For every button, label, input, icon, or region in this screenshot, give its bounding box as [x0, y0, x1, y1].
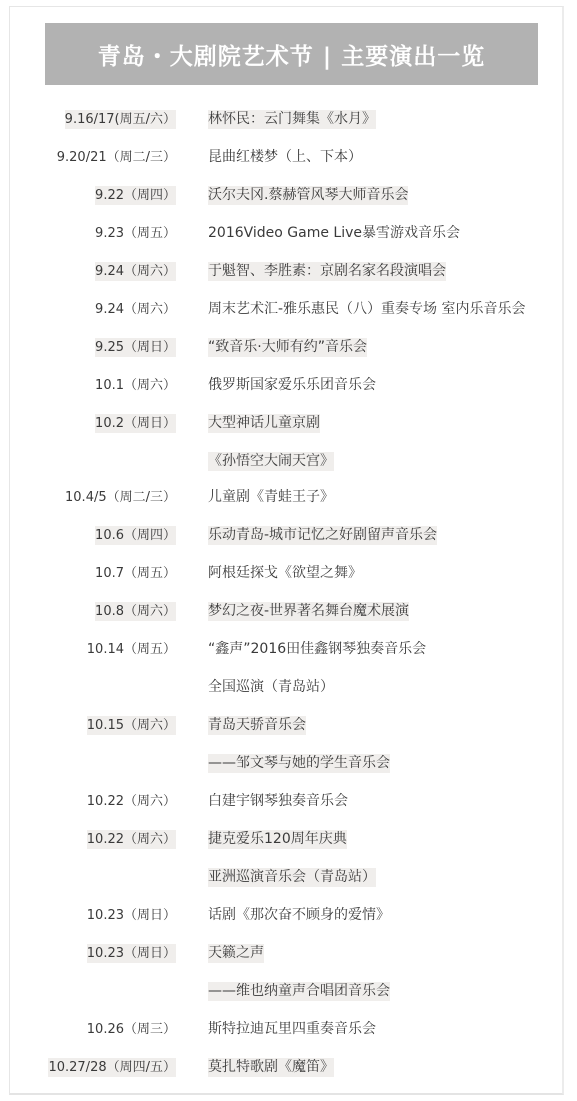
schedule-row: 9.24（周六） 于魁智、李胜素：京剧名家名段演唱会 [0, 259, 577, 285]
schedule-title: 乐动青岛-城市记忆之好剧留声音乐会 [208, 526, 437, 545]
schedule-title: “鑫声”2016田佳鑫钢琴独奏音乐会 [208, 640, 426, 659]
header-banner: 青岛・大剧院艺术节 | 主要演出一览 [45, 23, 538, 85]
schedule-row: 10.14（周五） “鑫声”2016田佳鑫钢琴独奏音乐会 [0, 637, 577, 663]
schedule-date: 10.14（周五） [87, 640, 176, 659]
schedule-row: 9.16/17(周五/六） 林怀民：云门舞集《水月》 [0, 107, 577, 133]
schedule-row: 10.23（周日） 天籁之声 [0, 941, 577, 967]
schedule-row: 《孙悟空大闹天宫》 [0, 449, 577, 475]
page-title: 青岛・大剧院艺术节 | 主要演出一览 [98, 38, 485, 71]
schedule-date: 9.24（周六） [95, 300, 176, 319]
schedule-title: 捷克爱乐120周年庆典 [208, 830, 347, 849]
schedule-title: 话剧《那次奋不顾身的爱情》 [208, 906, 390, 925]
schedule-date: 9.24（周六） [95, 262, 176, 281]
schedule-row: ——邹文琴与她的学生音乐会 [0, 751, 577, 777]
schedule-title: ——邹文琴与她的学生音乐会 [208, 754, 390, 773]
schedule-row: 亚洲巡演音乐会（青岛站） [0, 865, 577, 891]
schedule-date: 9.25（周日） [95, 338, 176, 357]
schedule-title: 青岛天骄音乐会 [208, 716, 306, 735]
schedule-row: 10.15（周六） 青岛天骄音乐会 [0, 713, 577, 739]
schedule-title: 大型神话儿童京剧 [208, 414, 320, 433]
schedule-row: 9.23（周五） 2016Video Game Live暴雪游戏音乐会 [0, 221, 577, 247]
schedule-date: 10.23（周日） [87, 906, 176, 925]
schedule-row: 9.24（周六） 周末艺术汇-雅乐惠民（八）重奏专场 室内乐音乐会 [0, 297, 577, 323]
schedule-title: “致音乐·大师有约”音乐会 [208, 338, 367, 357]
schedule-date: 9.16/17(周五/六） [65, 110, 176, 129]
schedule-date: 10.2（周日） [95, 414, 176, 433]
schedule-title: 斯特拉迪瓦里四重奏音乐会 [208, 1020, 376, 1039]
schedule-row: 10.1（周六） 俄罗斯国家爱乐乐团音乐会 [0, 373, 577, 399]
schedule-title: ——维也纳童声合唱团音乐会 [208, 982, 390, 1001]
schedule-row: 10.8（周六） 梦幻之夜-世界著名舞台魔术展演 [0, 599, 577, 625]
schedule-row: ——维也纳童声合唱团音乐会 [0, 979, 577, 1005]
schedule-title: 昆曲红楼梦（上、下本） [208, 148, 362, 167]
schedule-title: 儿童剧《青蛙王子》 [208, 488, 334, 507]
schedule-date: 10.26（周三） [87, 1020, 176, 1039]
schedule-title: 《孙悟空大闹天宫》 [208, 452, 334, 471]
schedule-title: 天籁之声 [208, 944, 264, 963]
schedule-row: 10.6（周四） 乐动青岛-城市记忆之好剧留声音乐会 [0, 523, 577, 549]
schedule-title: 周末艺术汇-雅乐惠民（八）重奏专场 室内乐音乐会 [208, 300, 526, 319]
schedule-row: 10.23（周日） 话剧《那次奋不顾身的爱情》 [0, 903, 577, 929]
schedule-date: 10.22（周六） [87, 830, 176, 849]
schedule-title: 亚洲巡演音乐会（青岛站） [208, 868, 376, 887]
schedule-title: 梦幻之夜-世界著名舞台魔术展演 [208, 602, 409, 621]
schedule-date: 9.20/21（周二/三） [57, 148, 176, 167]
schedule-row: 10.4/5（周二/三） 儿童剧《青蛙王子》 [0, 485, 577, 511]
schedule-title: 2016Video Game Live暴雪游戏音乐会 [208, 224, 460, 243]
schedule-title: 俄罗斯国家爱乐乐团音乐会 [208, 376, 376, 395]
schedule-date: 9.23（周五） [95, 224, 176, 243]
schedule-title: 白建宇钢琴独奏音乐会 [208, 792, 348, 811]
schedule-row: 9.22（周四） 沃尔夫冈.蔡赫管风琴大师音乐会 [0, 183, 577, 209]
schedule-date: 10.15（周六） [87, 716, 176, 735]
schedule-row: 10.22（周六） 白建宇钢琴独奏音乐会 [0, 789, 577, 815]
schedule-date: 10.8（周六） [95, 602, 176, 621]
schedule-date: 10.6（周四） [95, 526, 176, 545]
schedule-title: 于魁智、李胜素：京剧名家名段演唱会 [208, 262, 446, 281]
schedule-row: 10.2（周日） 大型神话儿童京剧 [0, 411, 577, 437]
schedule-row: 9.25（周日） “致音乐·大师有约”音乐会 [0, 335, 577, 361]
schedule-date: 10.4/5（周二/三） [65, 488, 176, 507]
schedule-date: 10.27/28（周四/五） [48, 1058, 176, 1077]
schedule-row: 全国巡演（青岛站） [0, 675, 577, 701]
schedule-row: 10.7（周五） 阿根廷探戈《欲望之舞》 [0, 561, 577, 587]
schedule-row: 10.27/28（周四/五） 莫扎特歌剧《魔笛》 [0, 1055, 577, 1081]
schedule-date: 10.22（周六） [87, 792, 176, 811]
schedule-title: 沃尔夫冈.蔡赫管风琴大师音乐会 [208, 186, 408, 205]
schedule-date: 10.7（周五） [95, 564, 176, 583]
schedule-row: 9.20/21（周二/三） 昆曲红楼梦（上、下本） [0, 145, 577, 171]
schedule-row: 10.22（周六） 捷克爱乐120周年庆典 [0, 827, 577, 853]
schedule-title: 林怀民：云门舞集《水月》 [208, 110, 376, 129]
schedule-date: 9.22（周四） [95, 186, 176, 205]
schedule-date: 10.23（周日） [87, 944, 176, 963]
schedule-date: 10.1（周六） [95, 376, 176, 395]
schedule-title: 全国巡演（青岛站） [208, 678, 334, 697]
schedule-row: 10.26（周三） 斯特拉迪瓦里四重奏音乐会 [0, 1017, 577, 1043]
schedule-title: 莫扎特歌剧《魔笛》 [208, 1058, 334, 1077]
schedule-title: 阿根廷探戈《欲望之舞》 [208, 564, 362, 583]
